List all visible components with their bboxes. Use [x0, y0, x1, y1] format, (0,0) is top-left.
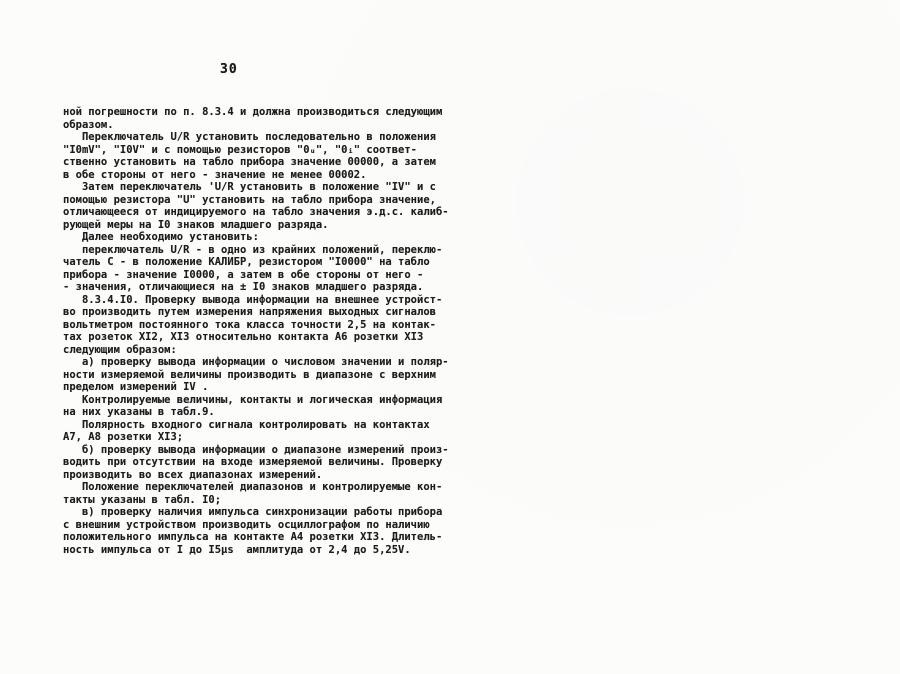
text-line: на них указаны в табл.9.	[63, 406, 483, 419]
text-line: ность импульса от I до I5µs амплитуда от…	[63, 544, 483, 557]
text-line: 8.3.4.I0. Проверку вывода информации на …	[63, 294, 483, 307]
text-line: тах розеток XI2, XI3 относительно контак…	[63, 331, 483, 344]
text-line: Далее необходимо установить:	[63, 231, 483, 244]
text-line: рующей меры на I0 знаков младшего разряд…	[63, 219, 483, 232]
document-text-block: ной погрешности по п. 8.3.4 и должна про…	[63, 106, 483, 556]
text-line: с внешним устройством производить осцилл…	[63, 519, 483, 532]
text-line: Контролируемые величины, контакты и логи…	[63, 394, 483, 407]
text-line: образом.	[63, 119, 483, 132]
text-line: такты указаны в табл. I0;	[63, 494, 483, 507]
text-line: А7, А8 розетки XI3;	[63, 431, 483, 444]
text-line: Переключатель U/R установить последовате…	[63, 131, 483, 144]
page-number: 30	[220, 62, 238, 77]
text-line: ной погрешности по п. 8.3.4 и должна про…	[63, 106, 483, 119]
text-line: переключатель U/R - в одно из крайних по…	[63, 244, 483, 257]
text-line: Затем переключатель 'U/R установить в по…	[63, 181, 483, 194]
text-line: в) проверку наличия импульса синхронизац…	[63, 506, 483, 519]
screenshot-canvas: 30 ной погрешности по п. 8.3.4 и должна …	[0, 0, 900, 674]
text-line: помощью резистора "U" установить на табл…	[63, 194, 483, 207]
text-line: Положение переключателей диапазонов и ко…	[63, 481, 483, 494]
text-line: б) проверку вывода информации о диапазон…	[63, 444, 483, 457]
text-line: водить при отсутствии на входе измеряемо…	[63, 456, 483, 469]
text-line: а) проверку вывода информации о числовом…	[63, 356, 483, 369]
text-line: во производить путем измерения напряжени…	[63, 306, 483, 319]
text-line: ности измеряемой величины производить в …	[63, 369, 483, 382]
text-line: в обе стороны от него - значение не мене…	[63, 169, 483, 182]
text-line: производить во всех диапазонах измерений…	[63, 469, 483, 482]
text-line: пределом измерений IV .	[63, 381, 483, 394]
text-line: прибора - значение I0000, а затем в обе …	[63, 269, 483, 282]
document-page: 30 ной погрешности по п. 8.3.4 и должна …	[0, 0, 900, 674]
text-line: - значения, отличающиеся на ± I0 знаков …	[63, 281, 483, 294]
text-line: следующим образом:	[63, 344, 483, 357]
text-line: ственно установить на табло прибора знач…	[63, 156, 483, 169]
text-line: отличающееся от индицируемого на табло з…	[63, 206, 483, 219]
text-line: "I0mV", "I0V" и с помощью резисторов "0ᵤ…	[63, 144, 483, 157]
text-line: чатель С - в положение КАЛИБР, резисторо…	[63, 256, 483, 269]
text-line: Полярность входного сигнала контролирова…	[63, 419, 483, 432]
text-line: вольтметром постоянного тока класса точн…	[63, 319, 483, 332]
text-line: положительного импульса на контакте А4 р…	[63, 531, 483, 544]
